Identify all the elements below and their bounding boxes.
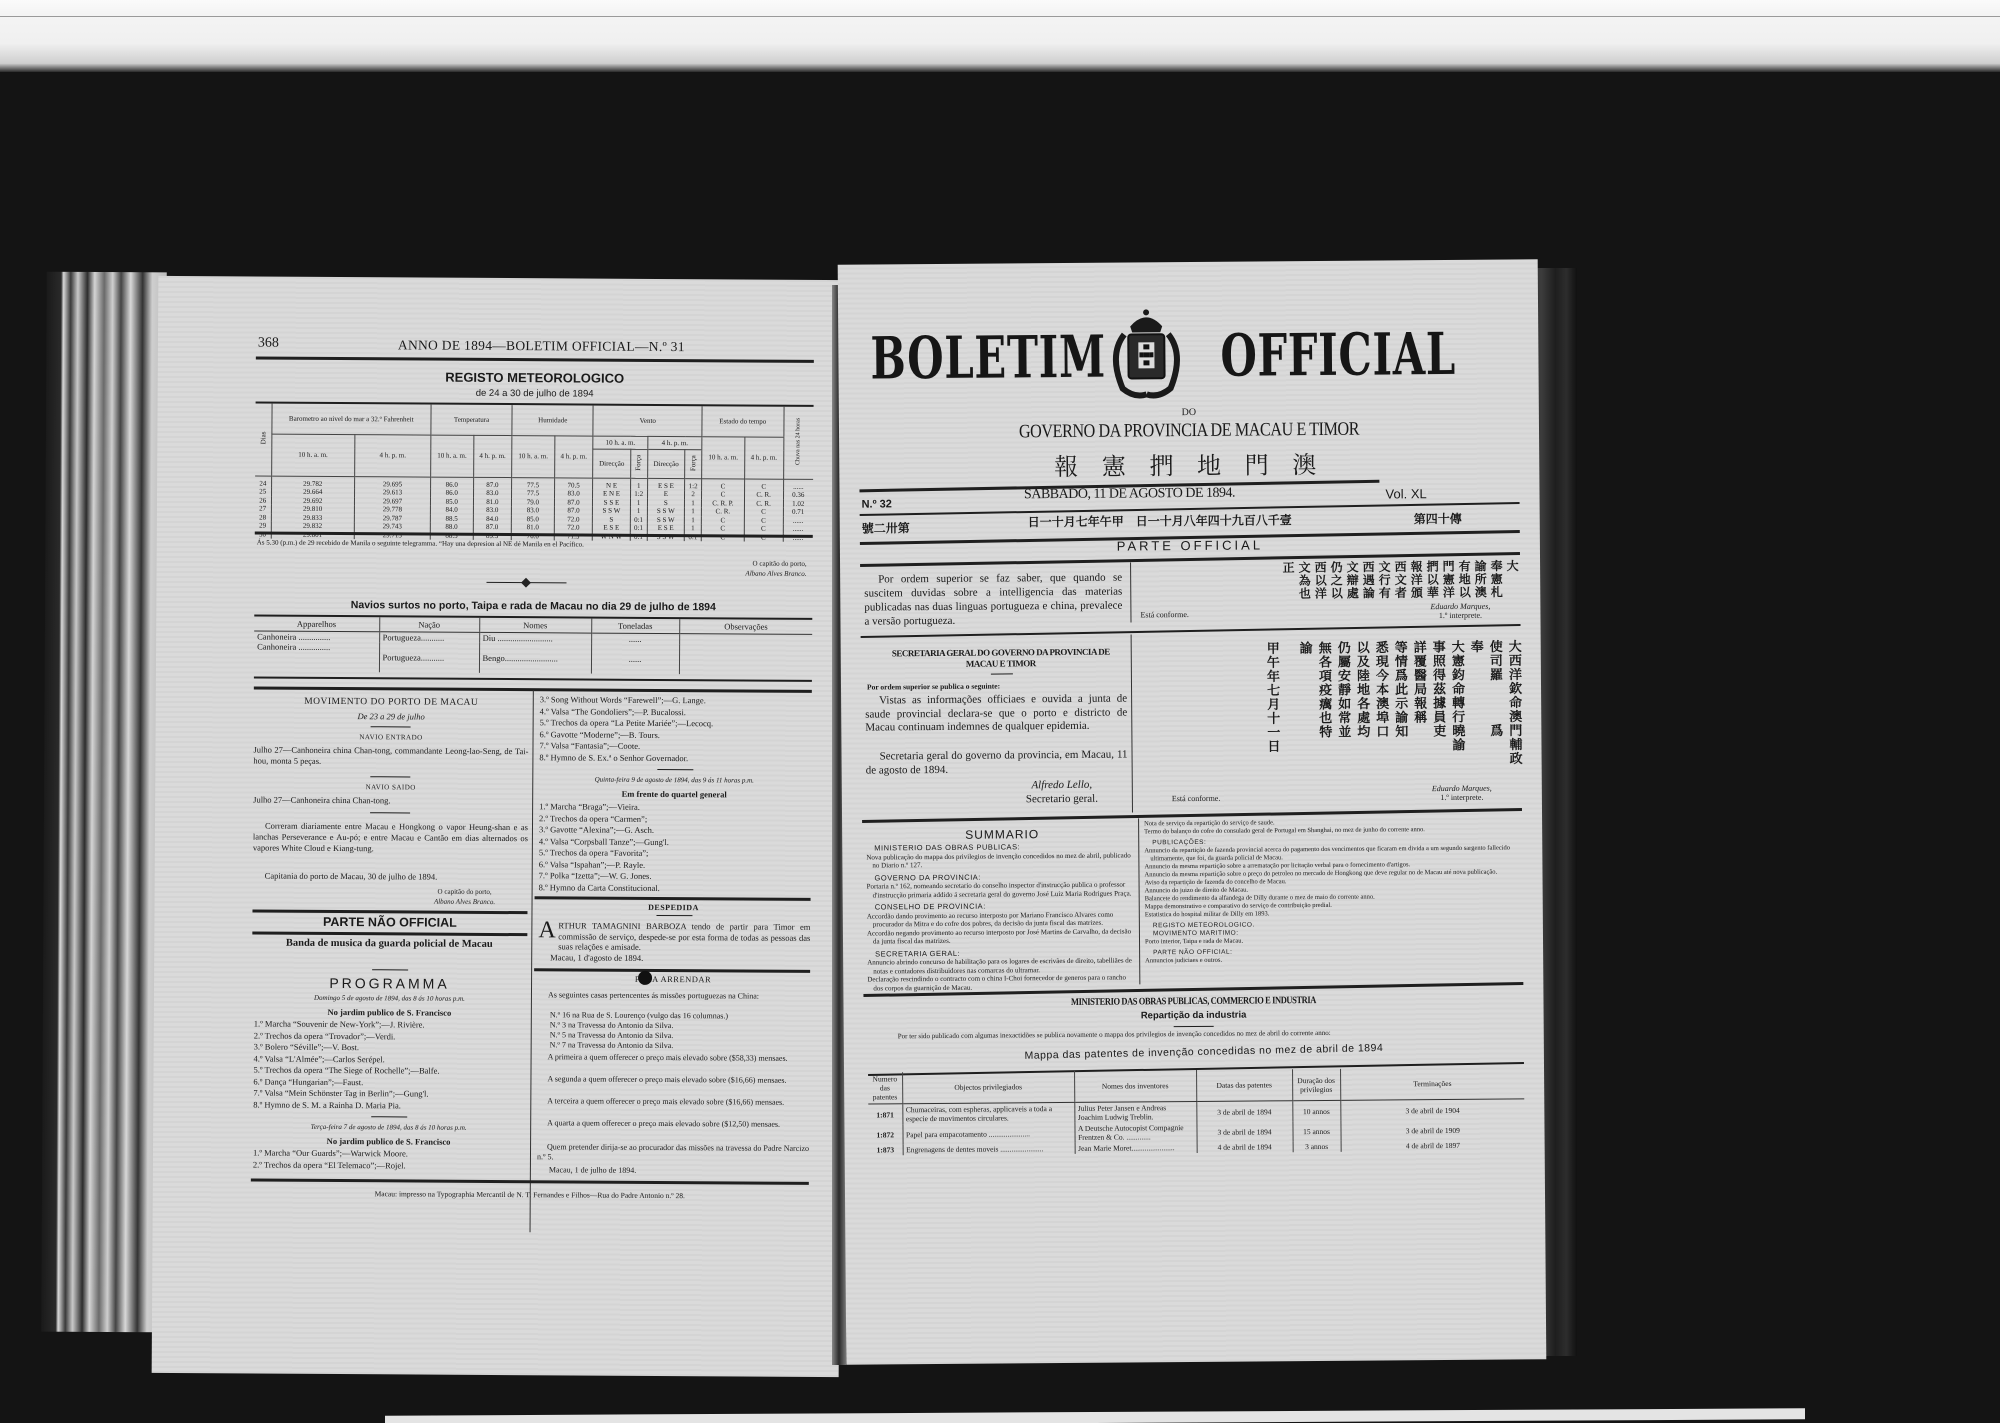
concert1-list: 1.º Marcha “Souvenir de New-York”;—J. Ri… [253,1019,529,1113]
program-item: 5.º Trechos da opera “La Petite Mariée”;… [540,717,812,730]
secretaria-sig-name: Alfredo Lello, [1002,779,1122,793]
concert2-list-part1: 1.º Marcha “Our Guards”;—Warwick Moore. … [253,1148,528,1173]
edict-conforme: Está conforme. [1172,794,1221,803]
program-item: 8.º Hymno de S. M. a Rainha D. Maria Pia… [253,1099,528,1112]
program-item: 1.º Marcha “Braga”;—Vieira. [539,801,811,814]
book-edge-left [41,272,167,1333]
programma-title: PROGRAMMA [252,974,527,992]
chinese-issue-date: 日一十月七年午甲 日一十月八年四十九百八千壹 [950,511,1370,531]
arrendar-title: PARA ARRENDAR [536,974,810,985]
chinese-edict: 大西洋欽命澳門輔政 使司羅 爲 奉 大憲鈞命轉行曉諭 事照得茲據員吏 詳覆醫局報… [1137,639,1522,792]
secretaria-intro: Por ordem superior se publica o seguinte… [867,682,1000,692]
despedida-date: Macau, 1 d'agosto de 1894. [550,952,802,965]
reparticao-title: Repartição da industria [844,1007,1544,1023]
edict-sig-title: 1.º interprete. [1402,792,1522,802]
issue-volume: Vol. XL [1385,486,1426,501]
arrendar-intro: As seguintes casas pertencentes ás missõ… [538,990,810,1002]
ink-blot [638,971,652,985]
concert3-place: Em frente do quartel general [537,788,811,801]
patents-table: Numero das patentes Objectos privilegiad… [868,1067,1525,1155]
arrendar-date: Macau, 1 de julho de 1894. [549,1164,809,1177]
concert1-place: No jardim publico de S. Francisco [252,1006,527,1019]
meteo-signature-name: Albano Alves Branco. [627,569,807,579]
navio-saido-label: NAVIO SAIDO [253,783,528,794]
chinese-issue-number: 號二卅第 [862,519,910,536]
despedida-text: RTHUR TAMAGNINI BARBOZA tendo de partir … [558,920,810,953]
program-item: 7.º Polka “Izetta”;—W. G. Jones. [539,870,811,883]
movimento-date: Capitania do porto de Macau, 30 de julho… [265,871,528,884]
secretaria-title: SECRETARIA GERAL DO GOVERNO DA PROVINCIA… [891,647,1111,671]
issue-date: SABBADO, 11 DE AGOSTO DE 1894. [969,485,1289,504]
scanner-bottom-margin [385,1408,1805,1423]
arrendar-offer-4: A quarta a quem offerecer o preço mais e… [537,1118,809,1130]
ministerio-intro: Por ter sido publicado com algumas inexa… [868,1027,1524,1041]
arrendar-offer-2: A segunda a quem offerecer o preço mais … [537,1074,809,1086]
meteo-table: Dias Barometro ao nivel do mar a 32.º Fa… [255,404,814,542]
masthead-official: OFFICIAL [1220,320,1456,390]
program-item: 2.º Trechos da opera “El Telemaco”;—Roje… [253,1159,528,1172]
program-item: 7.º Valsa “Mein Schönster Tag in Berlin”… [253,1088,528,1101]
movimento-sig-title: O capitão do porto, [405,887,525,897]
arrendar-list: N.º 16 na Rua de S. Lourenço (vulgo das … [550,1010,810,1052]
meteo-subtitle: de 24 a 30 de julho de 1894 [256,387,814,401]
arrendar-offer-1: A primeira a quem offerecer o preço mais… [538,1052,810,1064]
navio-entrado-text: Julho 27—Canhoneira china Chan-tong, com… [253,745,528,769]
program-item: 1.º Marcha “Our Guards”;—Warwick Moore. [253,1148,528,1161]
left-page: 368 ANNO DE 1894—BOLETIM OFFICIAL—N.º 31… [152,276,846,1377]
running-head: ANNO DE 1894—BOLETIM OFFICIAL—N.º 31 [398,337,685,355]
aviso-conforme: Está conforme. [1140,610,1189,619]
coat-of-arms-icon [1100,304,1193,405]
masthead-governo: GOVERNO DA PROVINCIA DE MACAU E TIMOR [891,418,1486,445]
secretaria-sig-title: Secretario geral. [1002,793,1122,807]
program-item: 3.º Song Without Words “Farewell”;—G. La… [540,694,812,707]
concert1-date: Domingo 5 de agosto de 1894, das 8 ás 10… [252,993,527,1004]
program-item: 3.º Bolero “Séville”;—V. Bost. [254,1042,529,1055]
program-item: 5.º Trechos da opera “Favorita”; [539,847,811,860]
program-item: 8.º Hymno da Carta Constitucional. [539,882,811,895]
vapores-text: Correram diariamente entre Macau e Hongk… [253,821,528,856]
ministerio-title: MINISTERIO DAS OBRAS PUBLICAS, COMMERCIO… [896,994,1491,1010]
secretaria-text: Vistas as informações officiaes e ouvida… [865,693,1127,736]
secretaria-date: Secretaria geral do governo da provincia… [866,749,1128,778]
right-page: BOLETIM OFFICIAL DO GOVERNO DA PROVINCIA… [838,259,1547,1364]
meteo-signature-title: O capitão do porto, [627,559,807,569]
masthead-chinese: 報 憲 捫 地 門 澳 [839,443,1539,483]
navio-saido-text: Julho 27—Canhoneira china Chan-tong. [253,795,528,808]
aviso-sig-title: 1.º interprete. [1400,610,1520,620]
imprint: Macau: impresso na Typographia Mercantil… [251,1188,809,1200]
program-item: 3.º Gavotte “Alexina”;—G. Asch. [539,824,811,837]
ships-table: Apparelhos Nação Nomes Toneladas Observa… [254,617,812,675]
summario-left: MINISTERIO DAS OBRAS PUBLICAS: Nova publ… [866,842,1135,992]
scanner-top-margin [0,0,2000,72]
summario-title: SUMMARIO [872,826,1132,842]
aviso-chinese: 大 奉憲札 諭所澳 有地以 門憲洋 捫以華 報洋頒 西文者 文行有 西遇論 文辯… [1136,559,1520,604]
aviso-text: Por ordem superior se faz saber, que qua… [864,571,1122,629]
program-item: 5.º Trechos da opera “The Siege of Roche… [253,1065,528,1078]
meteo-title: REGISTO METEOROLOGICO [256,369,814,387]
chinese-volume: 第四十傳 [1414,510,1462,527]
concert2-date: Terça-feira 7 de agosto de 1894, das 8 á… [251,1122,526,1133]
program-item: 1.º Marcha “Souvenir de New-York”;—J. Ri… [254,1019,529,1032]
concert3-date: Quinta-feira 9 de agosto de 1894, das 9 … [537,775,811,786]
movimento-subtitle: De 23 a 29 de julho [254,711,529,724]
ships-title: Navios surtos no porto, Taipa e rada de … [254,599,812,614]
despedida-title: DESPEDIDA [536,902,810,913]
despedida-dropcap: A [538,918,555,942]
summario-right: Nota de serviço da repartição do serviço… [1144,817,1525,965]
list-item: N.º 7 na Travessa do Antonio da Silva. [550,1040,810,1052]
arrendar-contact: Quem pretender dirija-se ao procurador d… [537,1142,809,1164]
movimento-title: MOVIMENTO DO PORTO DE MACAU [254,697,529,710]
program-item: 8.º Hymno de S. Ex.ª o Senhor Governador… [539,752,811,765]
navio-entrado-label: NAVIO ENTRADO [254,733,529,744]
program-item: 7.º Valsa “Fantasia”;—Coote. [539,740,811,753]
movimento-sig-name: Albano Alves Branco. [405,897,525,907]
page-number: 368 [258,337,279,351]
mappa-title: Mappa das patentes de invenção concedida… [904,1039,1504,1064]
concert2-place: No jardim publico de S. Francisco [251,1135,526,1148]
band-title: Banda de musica da guarda policial de Ma… [264,937,514,953]
concert2-list-part2: 3.º Song Without Words “Farewell”;—G. La… [539,694,811,765]
issue-number: N.º 32 [862,498,892,510]
arrendar-offer-3: A terceira a quem offerecer o preço mais… [537,1096,809,1108]
concert3-list: 1.º Marcha “Braga”;—Vieira. 2.º Trechos … [539,801,812,895]
masthead-boletim: BOLETIM [870,323,1106,393]
parte-nao-official-header: PARTE NÃO OFFICIAL [252,914,527,930]
